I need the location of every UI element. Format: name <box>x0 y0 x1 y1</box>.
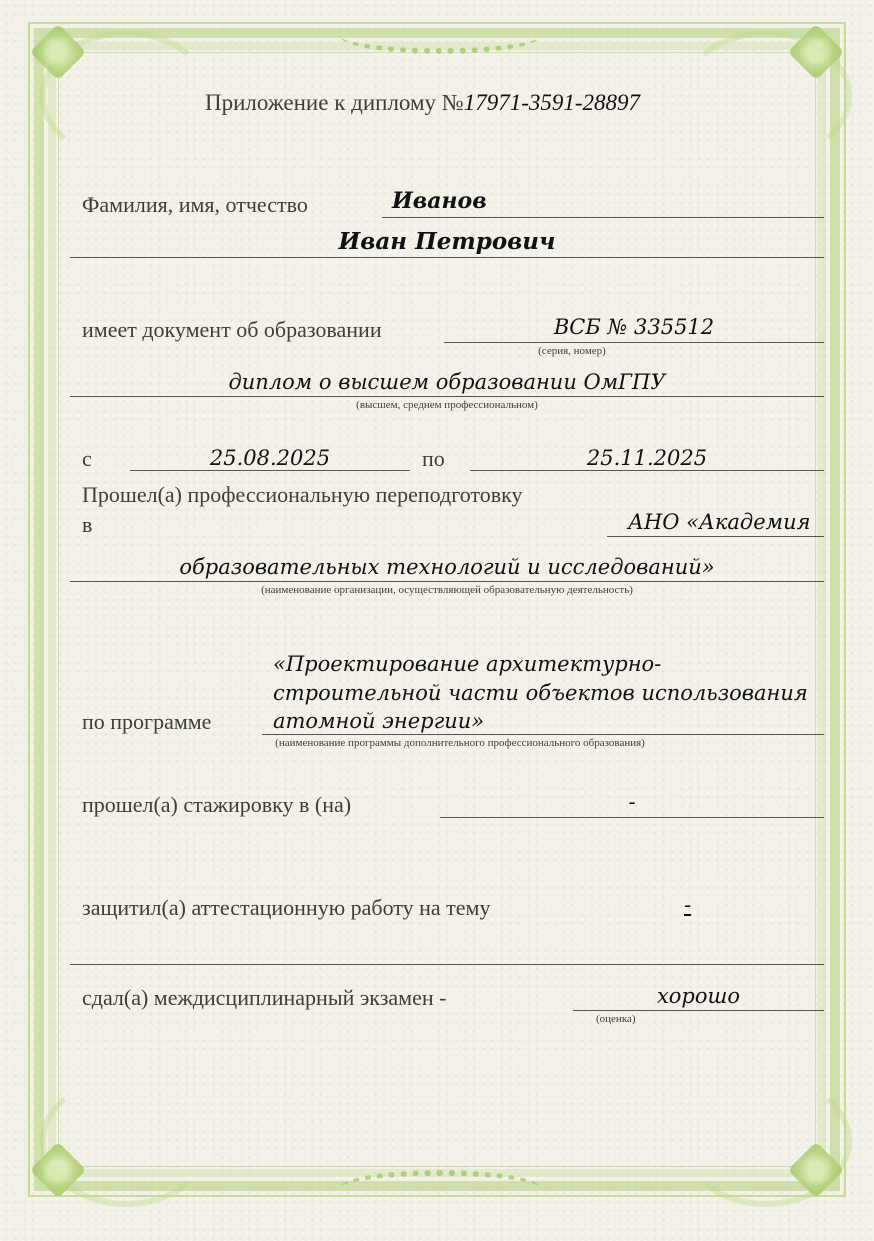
period-to-date: 25.11.2025 <box>470 446 824 470</box>
exam-grade-underline <box>573 1010 824 1011</box>
surname-underline <box>382 217 824 218</box>
education-document-label: имеет документ об образовании <box>82 317 382 343</box>
training-label: Прошел(а) профессиональную переподготовк… <box>82 482 523 508</box>
document-type-value: диплом о высшем образовании ОмГПУ <box>70 370 824 394</box>
exam-label: сдал(а) междисциплинарный экзамен - <box>82 985 446 1011</box>
thesis-value: - <box>684 893 691 917</box>
thesis-label: защитил(а) аттестационную работу на тему <box>82 895 490 921</box>
exam-grade-hint: (оценка) <box>596 1013 636 1025</box>
program-hint: (наименование программы дополнительного … <box>200 737 720 749</box>
document-title: Приложение к диплому №17971-3591-28897 <box>205 90 640 116</box>
top-center-ornament <box>340 18 540 54</box>
series-number-underline <box>444 342 824 343</box>
period-from-date: 25.08.2025 <box>130 446 410 470</box>
period-to-label: по <box>422 446 445 472</box>
internship-label: прошел(а) стажировку в (на) <box>82 792 351 818</box>
program-underline <box>262 734 824 735</box>
given-names-underline <box>70 257 824 258</box>
period-from-label: с <box>82 446 92 472</box>
given-names-value: Иван Петрович <box>70 228 824 255</box>
period-to-underline <box>470 470 824 471</box>
document-type-underline <box>70 396 824 397</box>
organization-hint: (наименование организации, осуществляюще… <box>70 584 824 596</box>
thesis-underline <box>70 964 824 965</box>
program-name-line2: строительной части объектов использовани… <box>273 681 808 705</box>
program-label: по программе <box>82 709 211 735</box>
bottom-center-ornament <box>340 1170 540 1206</box>
program-name-line1: «Проектирование архитектурно- <box>273 652 661 676</box>
internship-underline <box>440 817 824 818</box>
program-name-line3: атомной энергии» <box>273 709 484 733</box>
organization-line1: АНО «Академия <box>628 510 811 534</box>
organization-line2: образовательных технологий и исследовани… <box>70 555 824 579</box>
diploma-number: 17971-3591-28897 <box>464 90 640 115</box>
series-number-value: ВСБ № 335512 <box>444 315 824 339</box>
training-in-label: в <box>82 512 92 538</box>
organization-line2-underline <box>70 581 824 582</box>
internship-value: - <box>440 790 824 814</box>
document-type-hint: (высшем, среднем профессиональном) <box>70 399 824 411</box>
exam-grade: хорошо <box>573 984 824 1008</box>
full-name-label: Фамилия, имя, отчество <box>82 192 308 218</box>
organization-line1-underline <box>607 536 824 537</box>
surname-value: Иванов <box>392 188 487 214</box>
period-from-underline <box>130 470 410 471</box>
title-prefix: Приложение к диплому № <box>205 90 464 115</box>
series-number-hint: (серия, номер) <box>444 345 700 357</box>
